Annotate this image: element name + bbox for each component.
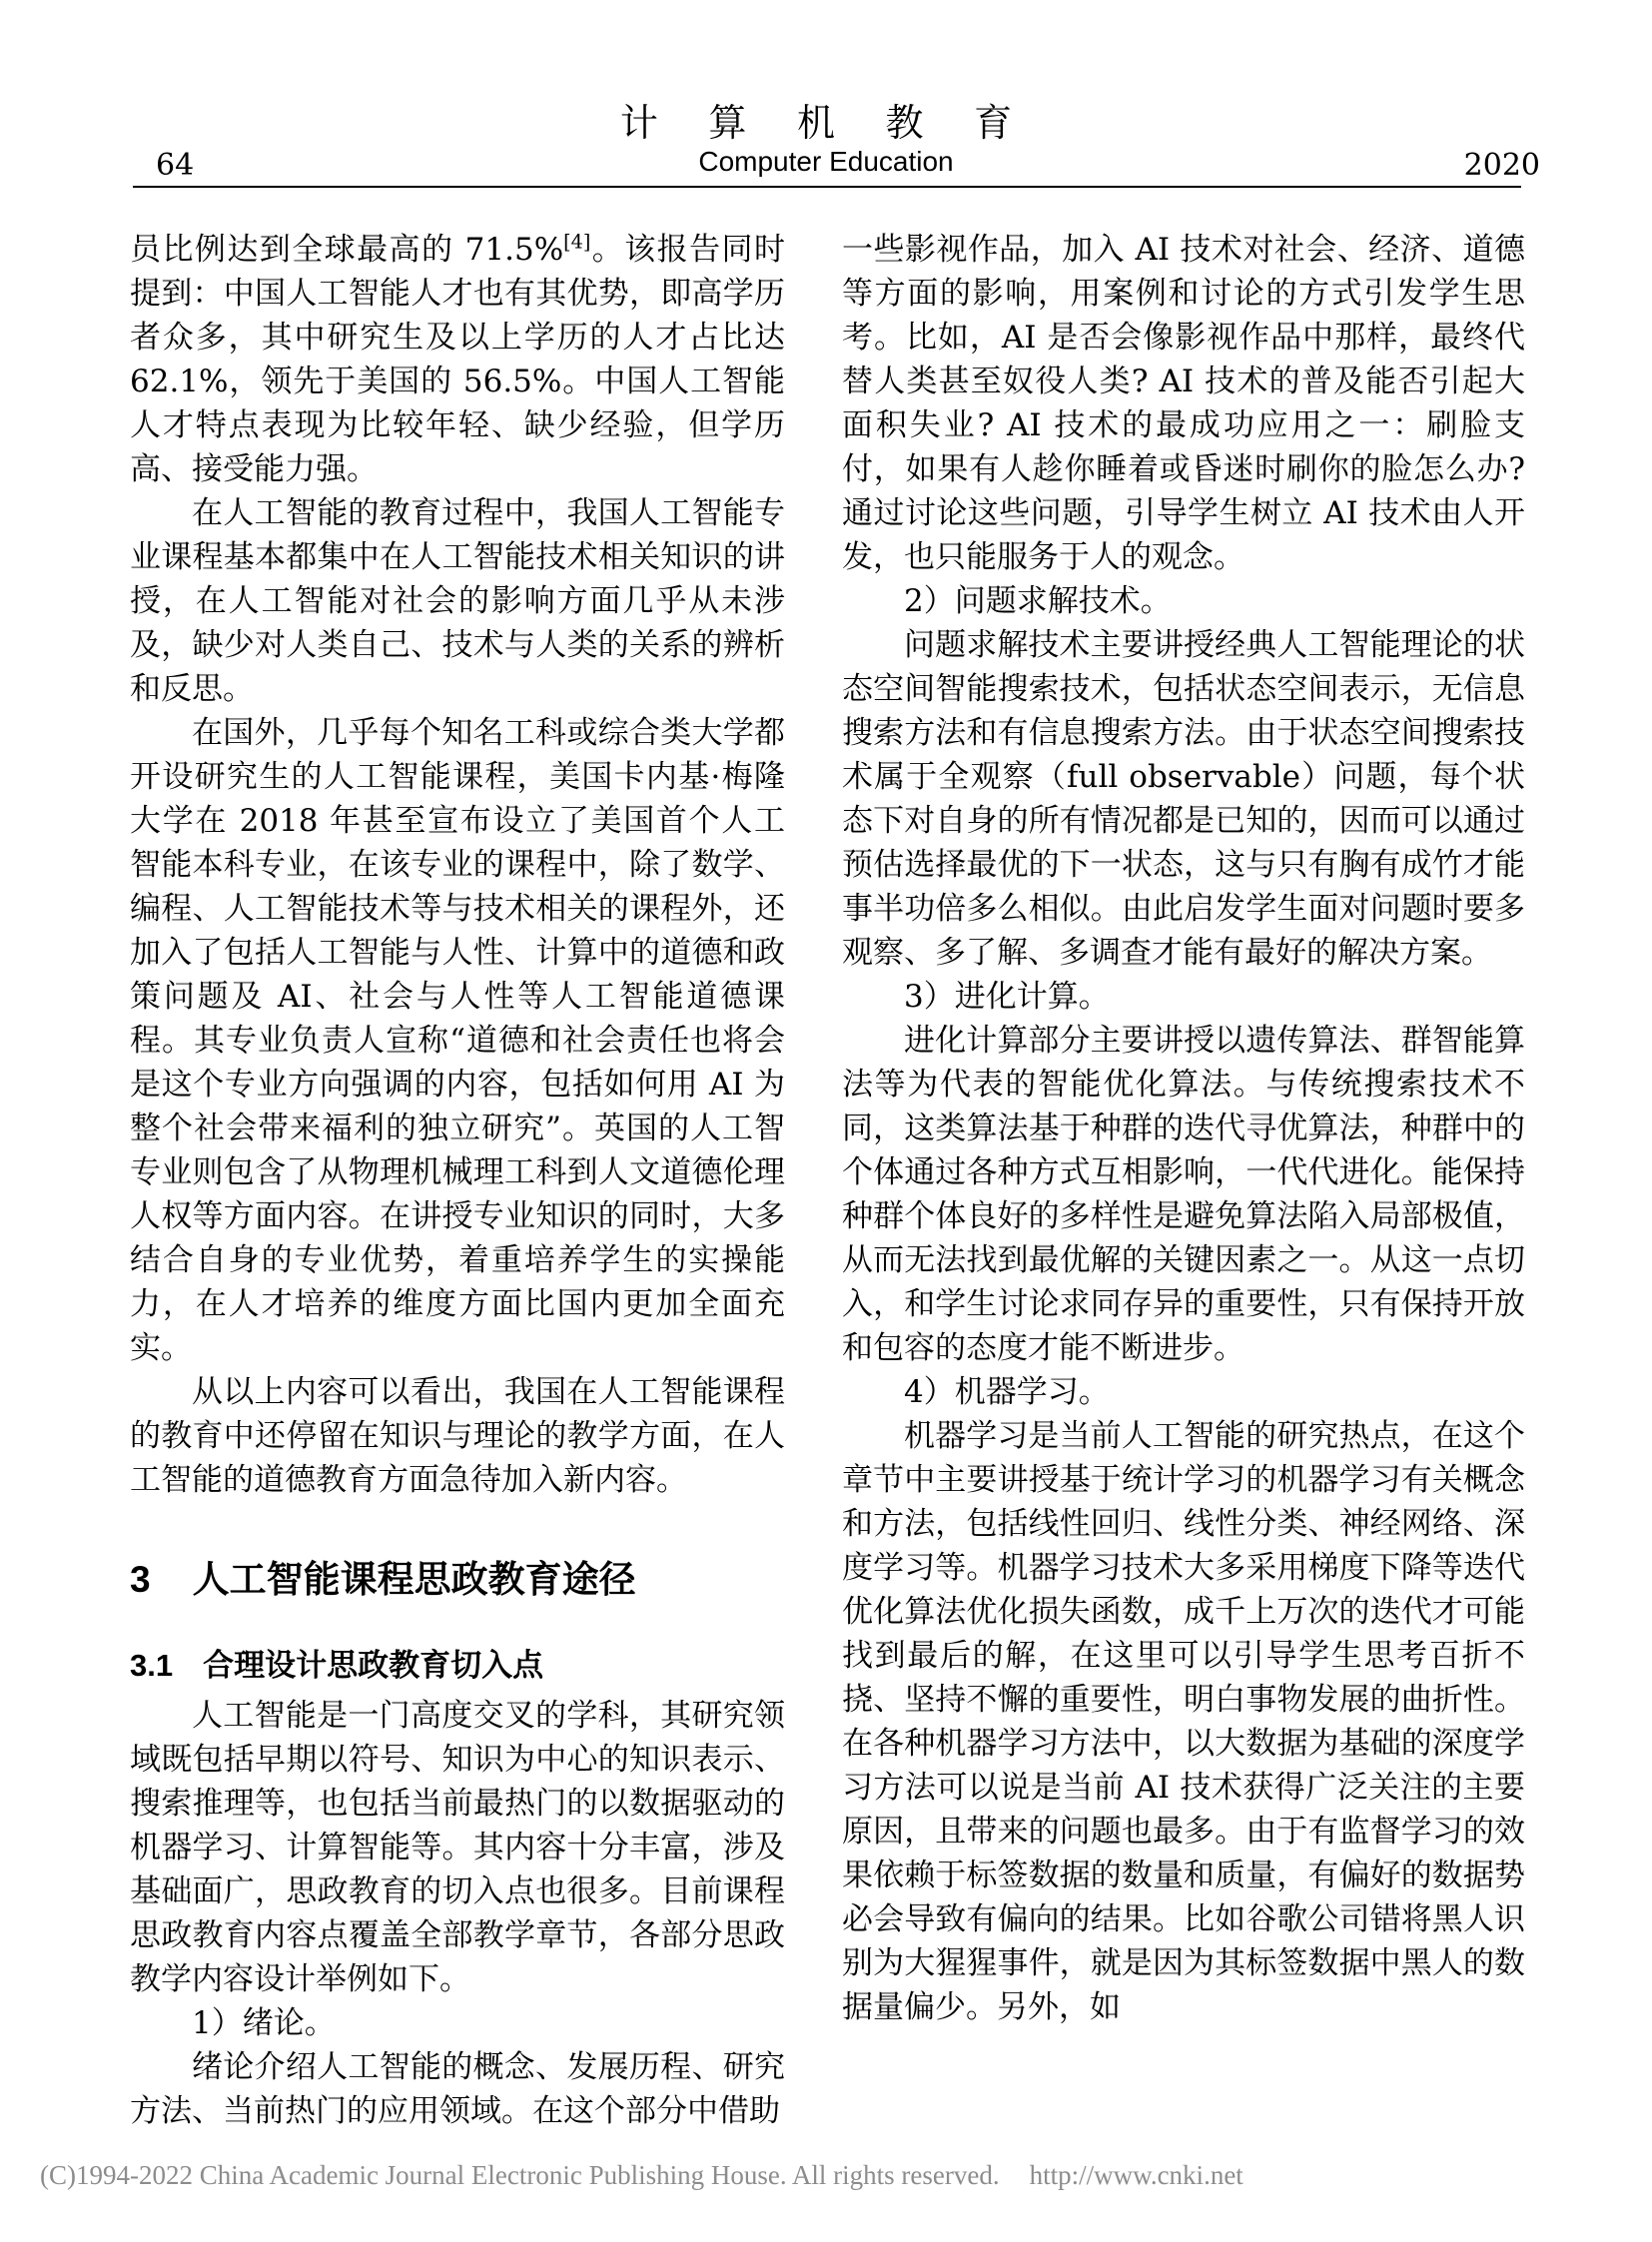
paragraph: 绪论介绍人工智能的概念、发展历程、研究方法、当前热门的应用领域。在这个部分中借助: [130, 2045, 785, 2133]
section-heading: 3人工智能课程思政教育途径: [130, 1558, 785, 1602]
scanned-paper-page: { "header": { "journal_title_cn": "计 算 机…: [0, 0, 1652, 2242]
paragraph: 从以上内容可以看出，我国在人工智能课程的教育中还停留在知识与理论的教学方面，在人…: [130, 1370, 785, 1502]
page-number: 64: [156, 148, 194, 183]
footer-copyright: (C)1994-2022 China Academic Journal Elec…: [40, 2160, 1000, 2190]
list-item-paragraph: 3）进化计算。: [842, 975, 1525, 1019]
paragraph: 机器学习是当前人工智能的研究热点，在这个章节中主要讲授基于统计学习的机器学习有关…: [842, 1414, 1525, 2029]
subsection-heading: 3.1合理设计思政教育切入点: [130, 1644, 785, 1688]
subsection-number: 3.1: [130, 1648, 173, 1683]
section-title: 人工智能课程思政教育途径: [193, 1559, 636, 1600]
footer-copyright-line: (C)1994-2022 China Academic Journal Elec…: [40, 2160, 1598, 2191]
paragraph-text: 。该报告同时提到：中国人工智能人才也有其优势，即高学历者众多，其中研究生及以上学…: [130, 232, 785, 487]
paragraph: 问题求解技术主要讲授经典人工智能理论的状态空间智能搜索技术，包括状态空间表示，无…: [842, 623, 1525, 975]
list-item-paragraph: 4）机器学习。: [842, 1370, 1525, 1414]
paragraph-continuation: 员比例达到全球最高的 71.5%[4]。该报告同时提到：中国人工智能人才也有其优…: [130, 228, 785, 491]
year-label: 2020: [1464, 148, 1540, 183]
paragraph: 在国外，几乎每个知名工科或综合类大学都开设研究生的人工智能课程，美国卡内基·梅隆…: [130, 711, 785, 1370]
paragraph: 在人工智能的教育过程中，我国人工智能专业课程基本都集中在人工智能技术相关知识的讲…: [130, 491, 785, 711]
list-item-paragraph: 2）问题求解技术。: [842, 579, 1525, 623]
paragraph: 人工智能是一门高度交叉的学科，其研究领域既包括早期以符号、知识为中心的知识表示、…: [130, 1694, 785, 2001]
left-column: 员比例达到全球最高的 71.5%[4]。该报告同时提到：中国人工智能人才也有其优…: [130, 228, 785, 2133]
paragraph: 进化计算部分主要讲授以遗传算法、群智能算法等为代表的智能优化算法。与传统搜索技术…: [842, 1019, 1525, 1370]
journal-title-en: Computer Education: [0, 146, 1652, 178]
footer-url: http://www.cnki.net: [1030, 2160, 1243, 2190]
list-item-paragraph: 1）绪论。: [130, 2001, 785, 2045]
paragraph-text: 员比例达到全球最高的 71.5%: [130, 232, 563, 268]
section-number: 3: [130, 1559, 151, 1600]
citation-ref: [4]: [563, 231, 590, 254]
journal-title-cn: 计 算 机 教 育: [0, 92, 1652, 147]
right-column: 一些影视作品，加入 AI 技术对社会、经济、道德等方面的影响，用案例和讨论的方式…: [842, 228, 1525, 2029]
subsection-title: 合理设计思政教育切入点: [203, 1648, 543, 1683]
paragraph-continuation: 一些影视作品，加入 AI 技术对社会、经济、道德等方面的影响，用案例和讨论的方式…: [842, 228, 1525, 579]
header-rule: [133, 186, 1521, 188]
